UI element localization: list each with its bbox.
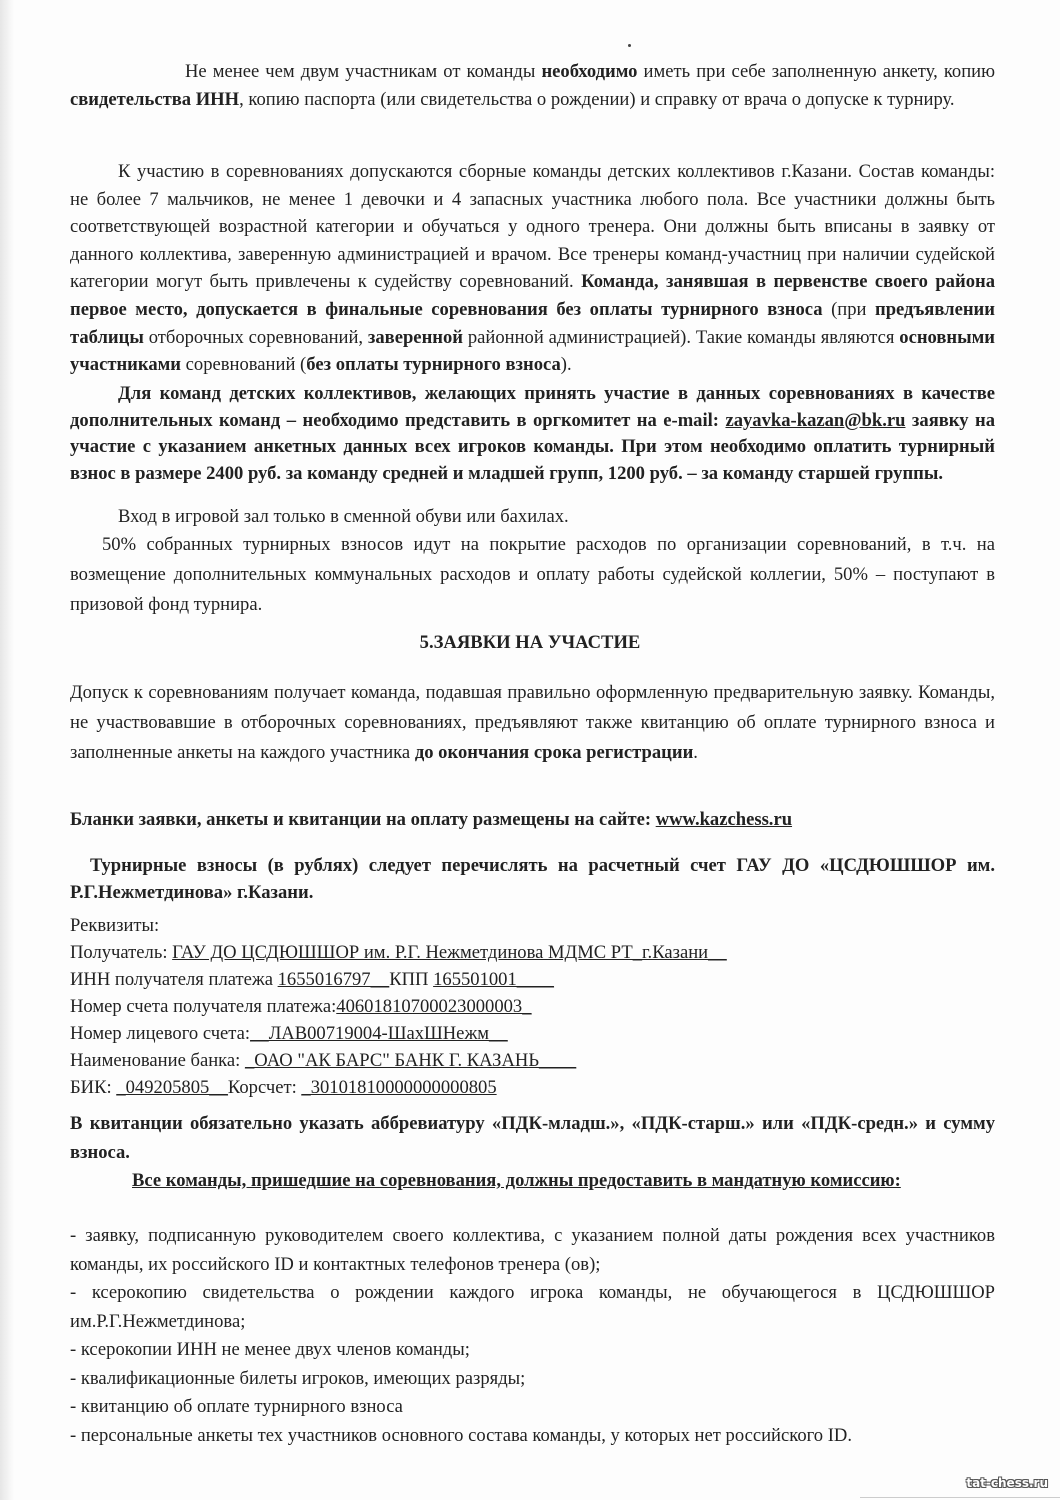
requisites-account: Номер счета получателя платежа:406018107… xyxy=(70,993,532,1020)
website-link[interactable]: www.kazchess.ru xyxy=(656,809,792,830)
requisites-recipient: Получатель: ГАУ ДО ЦСДЮШШОР им. Р.Г. Неж… xyxy=(70,939,727,966)
paragraph-admission: Допуск к соревнованиям получает команда,… xyxy=(70,678,995,768)
paragraph-fees-account: Турнирные взносы (в рублях) следует пере… xyxy=(70,852,995,906)
list-item: - квалификационные билеты игроков, имеющ… xyxy=(70,1365,995,1394)
watermark: tat-chess.ru xyxy=(966,1476,1048,1490)
requisites-bank: Наименование банка: _ОАО "АК БАРС" БАНК … xyxy=(70,1047,576,1074)
commission-list: - заявку, подписанную руководителем свое… xyxy=(70,1222,995,1450)
list-item: - ксерокопию свидетельства о рождении ка… xyxy=(70,1279,995,1336)
paragraph-additional-teams: Для команд детских коллективов, желающих… xyxy=(70,381,995,487)
paragraph-participant-documents: Не менее чем двум участникам от команды … xyxy=(70,58,995,113)
paragraph-fee-distribution: 50% собранных турнирных взносов идут на … xyxy=(70,530,995,620)
email-link[interactable]: zayavka-kazan@bk.ru xyxy=(725,410,905,431)
list-item: - квитанцию об оплате турнирного взноса xyxy=(70,1393,995,1422)
forms-line: Бланки заявки, анкеты и квитанции на опл… xyxy=(70,806,792,833)
section-heading: 5.ЗАЯВКИ НА УЧАСТИЕ xyxy=(0,632,1060,654)
receipt-note: В квитанции обязательно указать аббревиа… xyxy=(70,1109,995,1167)
list-item: - ксерокопии ИНН не менее двух членов ко… xyxy=(70,1336,995,1365)
paragraph-team-composition: К участию в соревнованиях допускаются сб… xyxy=(70,158,995,379)
document-page: Не менее чем двум участникам от команды … xyxy=(0,0,1060,1500)
paragraph-shoes: Вход в игровой зал только в сменной обув… xyxy=(70,503,995,531)
requisites-personal-account: Номер лицевого счета:__ЛАВ00719004-ШахШН… xyxy=(70,1020,508,1047)
requisites-bik-corr: БИК: _049205805__Корсчет: _3010181000000… xyxy=(70,1074,497,1101)
list-item: - заявку, подписанную руководителем свое… xyxy=(70,1222,995,1279)
commission-heading: Все команды, пришедшие на соревнования, … xyxy=(70,1166,995,1195)
requisites-inn-kpp: ИНН получателя платежа 1655016797__КПП 1… xyxy=(70,966,554,993)
scan-speck xyxy=(628,44,631,47)
bottom-divider xyxy=(860,1497,1060,1498)
list-item: - персональные анкеты тех участников осн… xyxy=(70,1422,995,1451)
requisites-title: Реквизиты: xyxy=(70,912,159,939)
scan-edge-shadow xyxy=(0,0,14,1500)
